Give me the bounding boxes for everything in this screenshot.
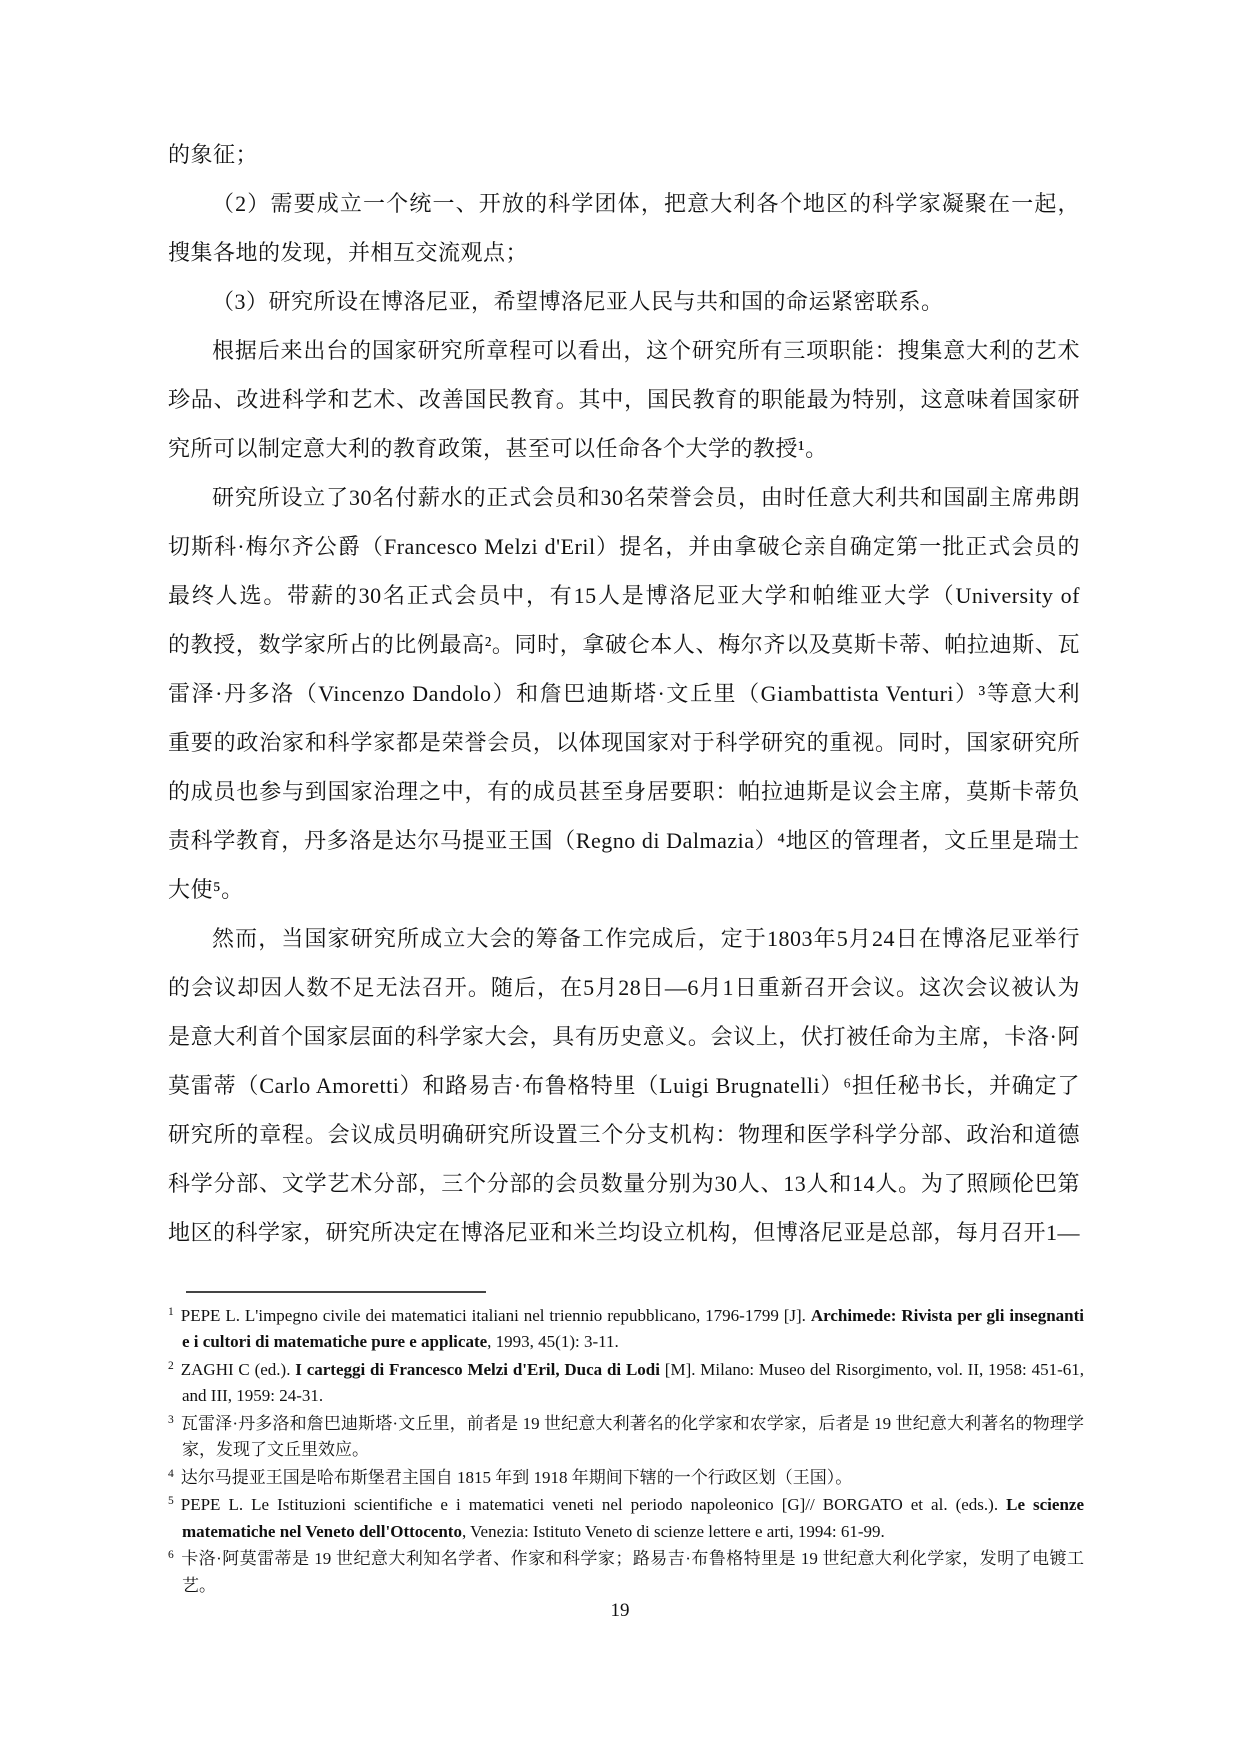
footnote-text: ZAGHI C (ed.). bbox=[181, 1360, 296, 1379]
footnote-1: 1PEPE L. L'impegno civile dei matematici… bbox=[168, 1303, 1084, 1356]
footnote-text: 卡洛·阿莫雷蒂是 19 世纪意大利知名学者、作家和科学家；路易吉·布鲁格特里是 … bbox=[181, 1549, 1084, 1595]
body-line: （3）研究所设在博洛尼亚，希望博洛尼亚人民与共和国的命运紧密联系。 bbox=[168, 277, 1080, 326]
footnote-5: 5PEPE L. Le Istituzioni scientifiche e i… bbox=[168, 1492, 1084, 1545]
footnote-marker: 3 bbox=[168, 1414, 174, 1426]
body-line: 切斯科·梅尔齐公爵（Francesco Melzi d'Eril）提名，并由拿破… bbox=[168, 522, 1080, 571]
footnote-4: 4达尔马提亚王国是哈布斯堡君主国自 1815 年到 1918 年期间下辖的一个行… bbox=[168, 1465, 1084, 1492]
footnote-3: 3瓦雷泽·丹多洛和詹巴迪斯塔·文丘里，前者是 19 世纪意大利著名的化学家和农学… bbox=[168, 1411, 1084, 1464]
footnote-text-bold: I carteggi di Francesco Melzi d'Eril, Du… bbox=[295, 1360, 660, 1379]
body-line: 搜集各地的发现，并相互交流观点； bbox=[168, 228, 1080, 277]
body-line: （2）需要成立一个统一、开放的科学团体，把意大利各个地区的科学家凝聚在一起， bbox=[168, 179, 1080, 228]
footnote-text: , Venezia: Istituto Veneto di scienze le… bbox=[462, 1522, 885, 1541]
body-text: 的象征； （2）需要成立一个统一、开放的科学团体，把意大利各个地区的科学家凝聚在… bbox=[168, 130, 1080, 1257]
footnote-text: PEPE L. Le Istituzioni scientifiche e i … bbox=[181, 1495, 1006, 1514]
page-number: 19 bbox=[0, 1600, 1240, 1622]
body-line: 最终人选。带薪的30名正式会员中，有15人是博洛尼亚大学和帕维亚大学（Unive… bbox=[168, 571, 1080, 620]
body-line: 的教授，数学家所占的比例最高²。同时，拿破仑本人、梅尔齐以及莫斯卡蒂、帕拉迪斯、… bbox=[168, 620, 1080, 669]
footnote-text: , 1993, 45(1): 3-11. bbox=[487, 1332, 619, 1351]
footnote-marker: 2 bbox=[168, 1360, 174, 1372]
footnote-marker: 4 bbox=[168, 1468, 174, 1480]
footnote-text: 达尔马提亚王国是哈布斯堡君主国自 1815 年到 1918 年期间下辖的一个行政… bbox=[181, 1468, 853, 1487]
body-line: 然而，当国家研究所成立大会的筹备工作完成后，定于1803年5月24日在博洛尼亚举… bbox=[168, 914, 1080, 963]
footnote-2: 2ZAGHI C (ed.). I carteggi di Francesco … bbox=[168, 1357, 1084, 1410]
body-line: 的成员也参与到国家治理之中，有的成员甚至身居要职：帕拉迪斯是议会主席，莫斯卡蒂负 bbox=[168, 767, 1080, 816]
footnote-separator bbox=[186, 1291, 486, 1293]
document-page: 的象征； （2）需要成立一个统一、开放的科学团体，把意大利各个地区的科学家凝聚在… bbox=[0, 0, 1240, 1753]
body-line: 研究所设立了30名付薪水的正式会员和30名荣誉会员，由时任意大利共和国副主席弗朗 bbox=[168, 473, 1080, 522]
footnote-marker: 1 bbox=[168, 1306, 174, 1318]
footnote-marker: 6 bbox=[168, 1549, 174, 1561]
body-line: 的象征； bbox=[168, 130, 1080, 179]
body-line: 地区的科学家，研究所决定在博洛尼亚和米兰均设立机构，但博洛尼亚是总部，每月召开1… bbox=[168, 1208, 1080, 1257]
body-line: 的会议却因人数不足无法召开。随后，在5月28日—6月1日重新召开会议。这次会议被… bbox=[168, 963, 1080, 1012]
footnotes-section: 1PEPE L. L'impegno civile dei matematici… bbox=[168, 1282, 1084, 1600]
body-line: 大使⁵。 bbox=[168, 865, 1080, 914]
body-line: 雷泽·丹多洛（Vincenzo Dandolo）和詹巴迪斯塔·文丘里（Giamb… bbox=[168, 669, 1080, 718]
body-line: 珍品、改进科学和艺术、改善国民教育。其中，国民教育的职能最为特别，这意味着国家研 bbox=[168, 375, 1080, 424]
footnote-6: 6卡洛·阿莫雷蒂是 19 世纪意大利知名学者、作家和科学家；路易吉·布鲁格特里是… bbox=[168, 1546, 1084, 1599]
body-line: 重要的政治家和科学家都是荣誉会员，以体现国家对于科学研究的重视。同时，国家研究所 bbox=[168, 718, 1080, 767]
footnote-text: 瓦雷泽·丹多洛和詹巴迪斯塔·文丘里，前者是 19 世纪意大利著名的化学家和农学家… bbox=[181, 1414, 1084, 1460]
footnote-marker: 5 bbox=[168, 1495, 174, 1507]
footnote-text: PEPE L. L'impegno civile dei matematici … bbox=[181, 1306, 811, 1325]
body-line: 科学分部、文学艺术分部，三个分部的会员数量分别为30人、13人和14人。为了照顾… bbox=[168, 1159, 1080, 1208]
body-line: 究所可以制定意大利的教育政策，甚至可以任命各个大学的教授¹。 bbox=[168, 424, 1080, 473]
body-line: 责科学教育，丹多洛是达尔马提亚王国（Regno di Dalmazia）⁴地区的… bbox=[168, 816, 1080, 865]
body-line: 研究所的章程。会议成员明确研究所设置三个分支机构：物理和医学科学分部、政治和道德 bbox=[168, 1110, 1080, 1159]
body-line: 是意大利首个国家层面的科学家大会，具有历史意义。会议上，伏打被任命为主席，卡洛·… bbox=[168, 1012, 1080, 1061]
body-line: 根据后来出台的国家研究所章程可以看出，这个研究所有三项职能：搜集意大利的艺术 bbox=[168, 326, 1080, 375]
body-line: 莫雷蒂（Carlo Amoretti）和路易吉·布鲁格特里（Luigi Brug… bbox=[168, 1061, 1080, 1110]
